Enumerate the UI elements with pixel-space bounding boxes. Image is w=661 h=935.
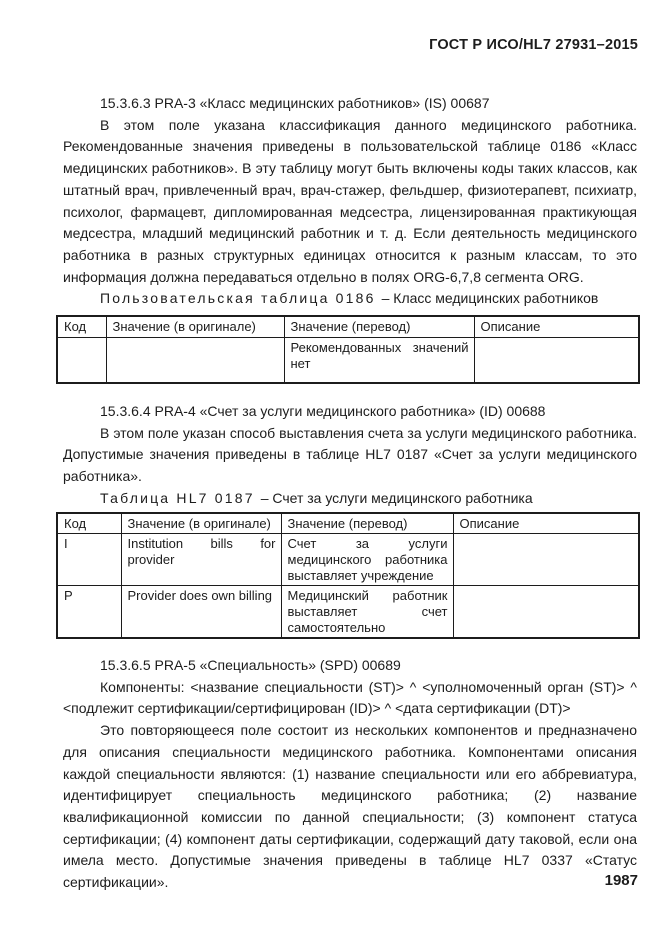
page-content: ГОСТ Р ИСО/HL7 27931–2015 15.3.6.3 PRA-3… bbox=[56, 38, 638, 894]
cell-description bbox=[474, 337, 639, 383]
standard-designation: ГОСТ Р ИСО/HL7 27931–2015 bbox=[429, 37, 638, 53]
column-header-description: Описание bbox=[453, 513, 639, 534]
table-row: Рекомендованных значений нет bbox=[57, 337, 639, 383]
table-row-provider: P Provider does own billing Медицинский … bbox=[57, 586, 639, 639]
section-title-pra-3: 15.3.6.3 PRA-3 «Класс медицинских работн… bbox=[56, 93, 638, 115]
section-title-pra-4: 15.3.6.4 PRA-4 «Счет за услуги медицинск… bbox=[56, 401, 638, 423]
section-title-pra-5: 15.3.6.5 PRA-5 «Специальность» (SPD) 006… bbox=[56, 655, 638, 677]
cell-value-original: Provider does own billing bbox=[121, 586, 281, 639]
table-header-row: Код Значение (в оригинале) Значение (пер… bbox=[57, 513, 639, 534]
paragraph-pra-5: Это повторяющееся поле состоит из нескол… bbox=[56, 720, 638, 894]
caption-text: – Класс медицинских работников bbox=[382, 290, 599, 306]
column-header-code: Код bbox=[57, 316, 106, 337]
column-header-value-translated: Значение (перевод) bbox=[284, 316, 474, 337]
column-header-value-original: Значение (в оригинале) bbox=[106, 316, 284, 337]
cell-value-original bbox=[106, 337, 284, 383]
column-header-code: Код bbox=[57, 513, 121, 534]
cell-code: I bbox=[57, 534, 121, 586]
user-table-0186: Код Значение (в оригинале) Значение (пер… bbox=[56, 315, 640, 384]
section-pra-3: 15.3.6.3 PRA-3 «Класс медицинских работн… bbox=[56, 93, 638, 384]
paragraph-pra-4: В этом поле указан способ выставления сч… bbox=[56, 423, 638, 488]
column-header-description: Описание bbox=[474, 316, 639, 337]
table-header-row: Код Значение (в оригинале) Значение (пер… bbox=[57, 316, 639, 337]
cell-code bbox=[57, 337, 106, 383]
column-header-value-original: Значение (в оригинале) bbox=[121, 513, 281, 534]
table-row-institution: I Institution bills for provider Счет за… bbox=[57, 534, 639, 586]
components-line-pra-5: Компоненты: <название специальности (ST)… bbox=[56, 677, 638, 720]
table-caption-0187: Таблица HL7 0187– Счет за услуги медицин… bbox=[56, 488, 638, 510]
caption-label: Таблица HL7 0187 bbox=[100, 490, 255, 506]
page-number: 1987 bbox=[605, 873, 638, 889]
cell-value-translated: Рекомендованных значений нет bbox=[284, 337, 474, 383]
caption-text: – Счет за услуги медицинского работника bbox=[261, 490, 533, 506]
cell-description bbox=[453, 586, 639, 639]
paragraph-pra-3: В этом поле указана классификация данног… bbox=[56, 115, 638, 289]
cell-value-translated: Счет за услуги медицинского работника вы… bbox=[281, 534, 453, 586]
cell-value-original: Institution bills for provider bbox=[121, 534, 281, 586]
cell-value-translated: Медицинский работник выставляет счет сам… bbox=[281, 586, 453, 639]
table-caption-0186: Пользовательская таблица 0186– Класс мед… bbox=[56, 288, 638, 310]
running-header: ГОСТ Р ИСО/HL7 27931–2015 bbox=[56, 38, 638, 53]
hl7-table-0187: Код Значение (в оригинале) Значение (пер… bbox=[56, 512, 640, 640]
section-pra-5: 15.3.6.5 PRA-5 «Специальность» (SPD) 006… bbox=[56, 655, 638, 894]
section-pra-4: 15.3.6.4 PRA-4 «Счет за услуги медицинск… bbox=[56, 401, 638, 639]
cell-code: P bbox=[57, 586, 121, 639]
cell-description bbox=[453, 534, 639, 586]
caption-label: Пользовательская таблица 0186 bbox=[100, 290, 376, 306]
column-header-value-translated: Значение (перевод) bbox=[281, 513, 453, 534]
